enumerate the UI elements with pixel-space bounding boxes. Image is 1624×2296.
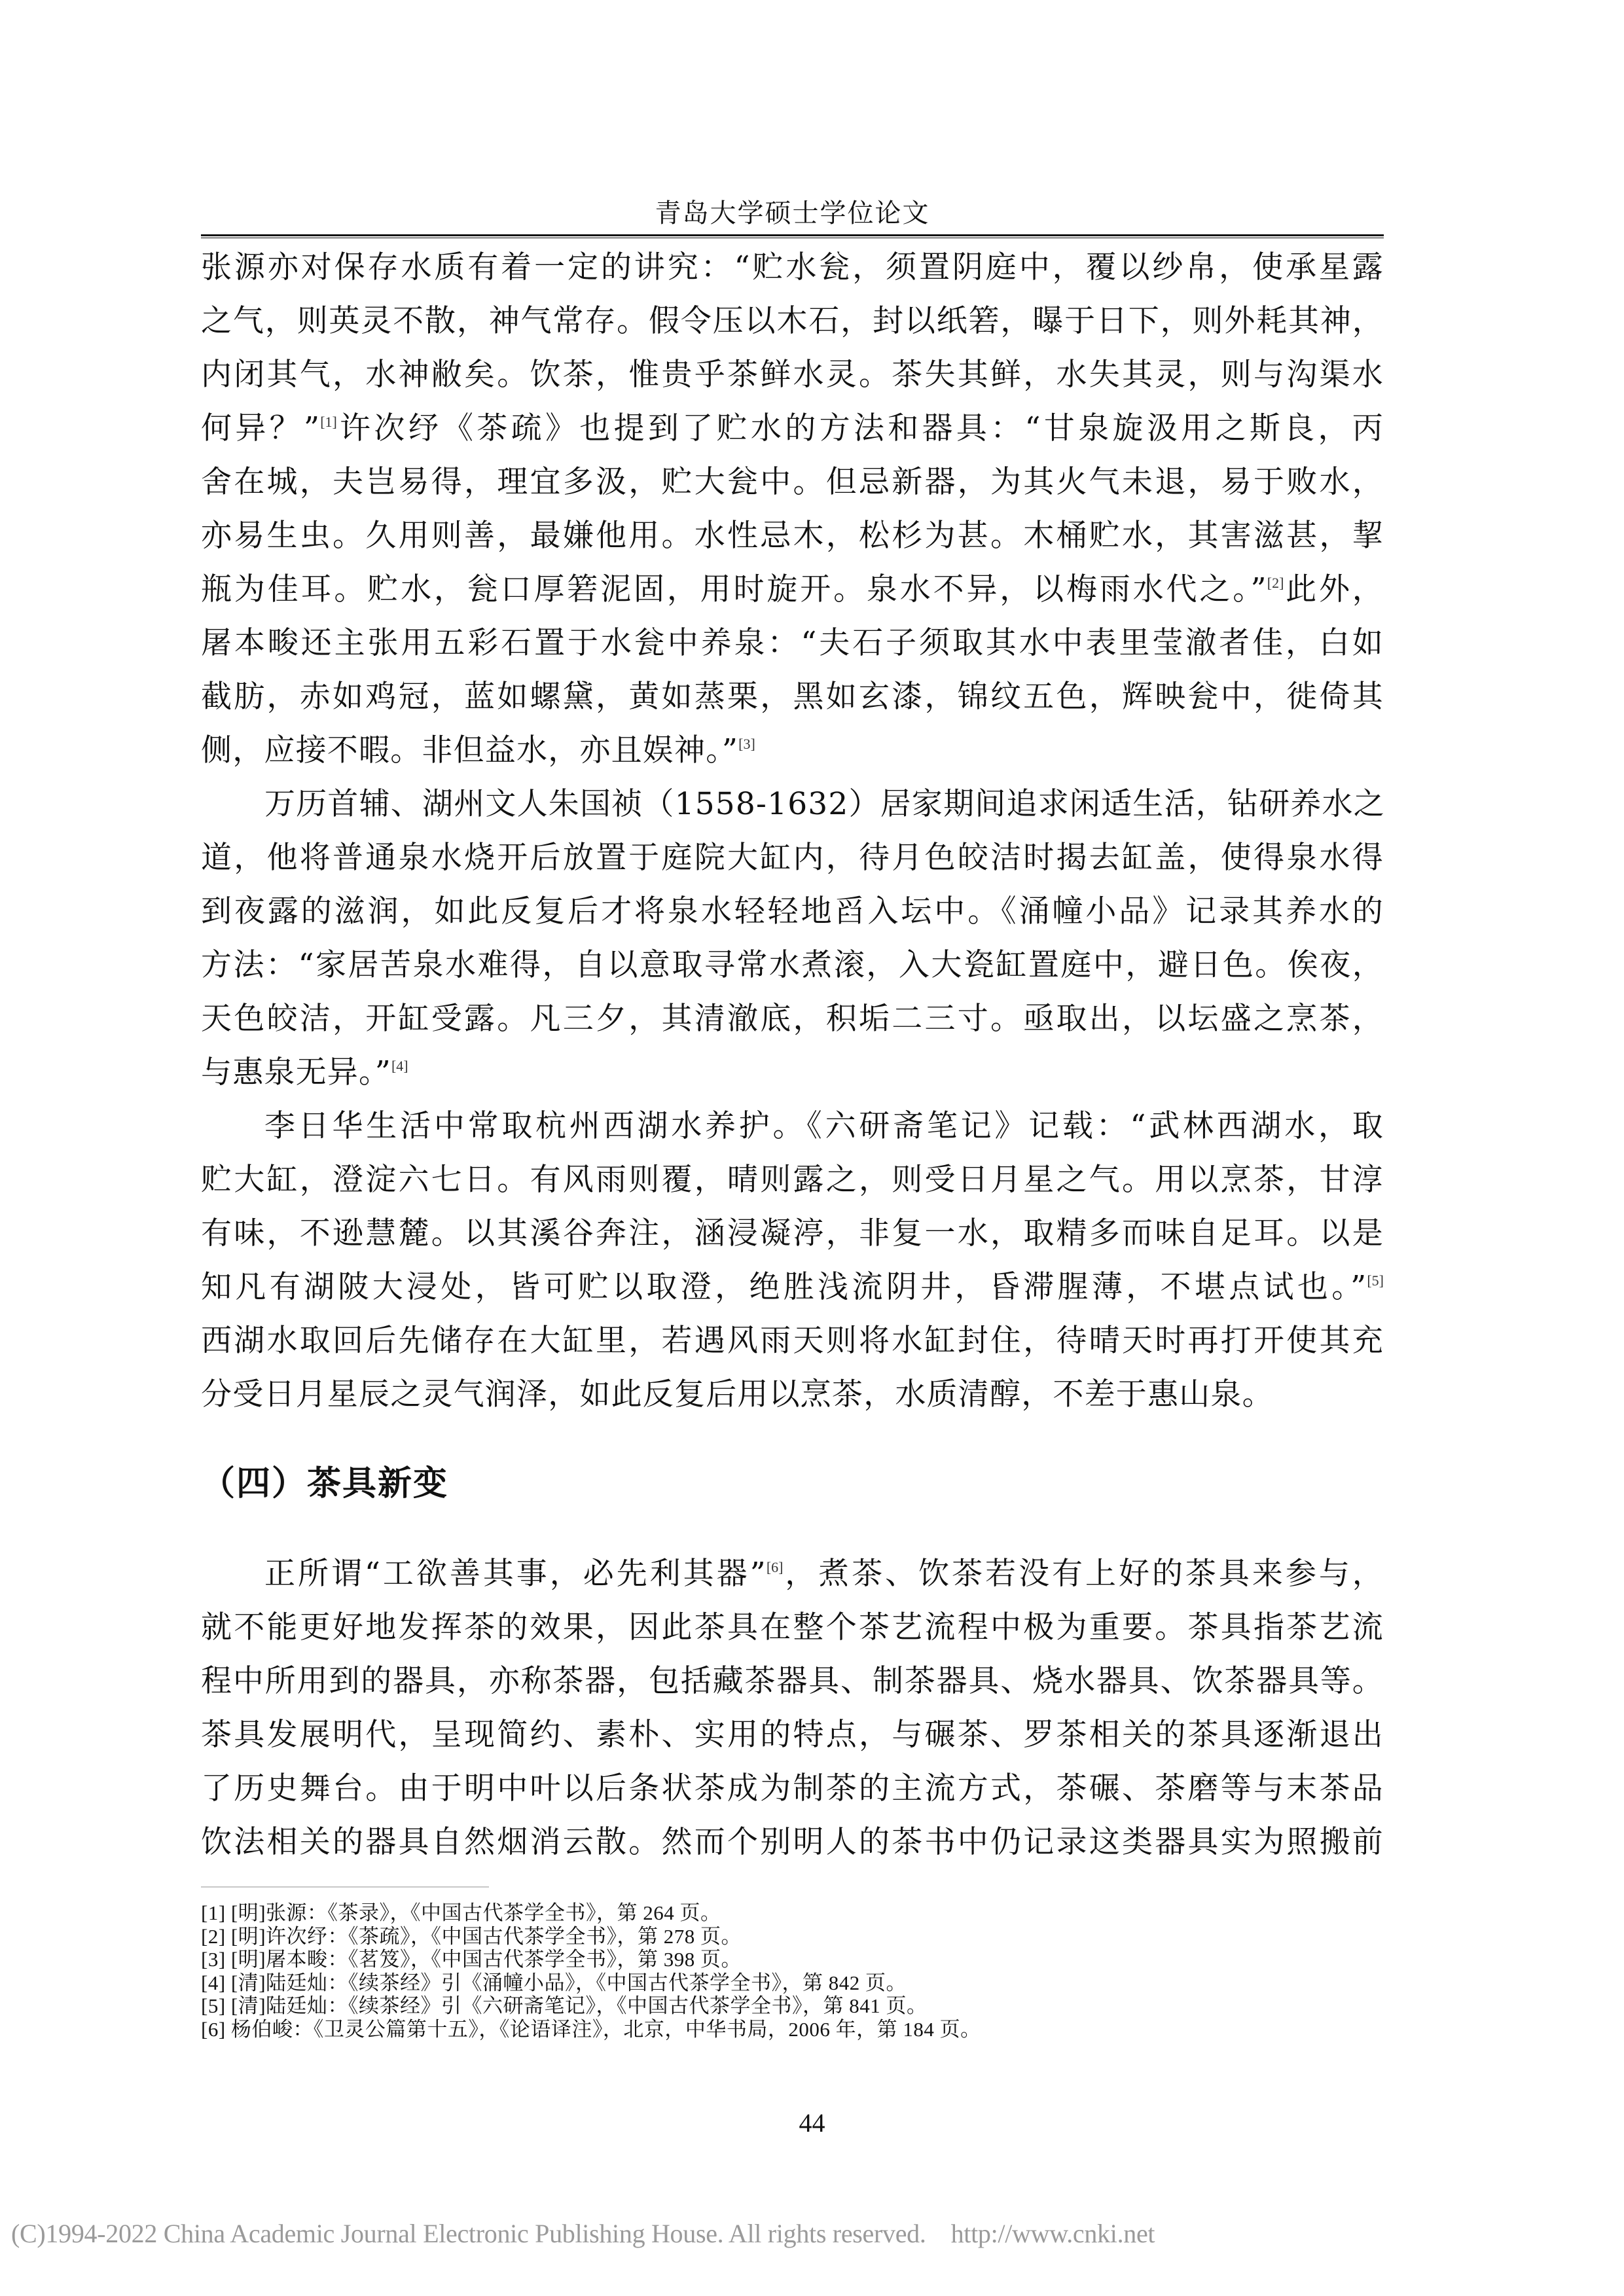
footnote-text: [明]许次纾：《茶疏》，《中国古代茶学全书》，第 278 页。 (231, 1925, 742, 1948)
footnote-label: [1] (201, 1901, 226, 1924)
footnote-label: [6] (201, 2018, 226, 2041)
footnote-text: [清]陆廷灿：《续茶经》引《六研斋笔记》，《中国古代茶学全书》，第 841 页。 (231, 1994, 928, 2017)
copyright-url[interactable]: http://www.cnki.net (951, 2219, 1155, 2248)
text-line: 天色皎洁，开缸受露。凡三夕，其清澈底，积垢二三寸。亟取出，以坛盛之烹茶， (201, 992, 1384, 1046)
text-line: 之气，则英灵不散，神气常存。假令压以木石，封以纸箬，曝于日下，则外耗其神， (201, 295, 1384, 348)
text-line: 何异？”[1]许次纾《茶疏》也提到了贮水的方法和器具：“甘泉旋汲用之斯良，丙 (201, 402, 1384, 456)
paragraph: 李日华生活中常取杭州西湖水养护。《六研斋笔记》记载：“武林西湖水，取贮大缸，澄淀… (201, 1100, 1384, 1422)
text-segment: 正所谓“工欲善其事，必先利其器” (264, 1556, 767, 1592)
text-line: 侧，应接不暇。非但益水，亦且娱神。”[3] (201, 724, 1384, 778)
footnote-text: [清]陆廷灿：《续茶经》引《涌幢小品》，《中国古代茶学全书》，第 842 页。 (231, 1971, 907, 1994)
footnotes: [1] [明]张源：《茶录》，《中国古代茶学全书》，第 264 页。[2] [明… (201, 1901, 1384, 2041)
text-line: 李日华生活中常取杭州西湖水养护。《六研斋笔记》记载：“武林西湖水，取 (201, 1100, 1384, 1153)
text-line: 亦易生虫。久用则善，最嫌他用。水性忌木，松杉为甚。木桶贮水，其害滋甚，挈 (201, 509, 1384, 563)
text-line: 万历首辅、湖州文人朱国祯（1558-1632）居家期间追求闲适生活，钻研养水之 (201, 778, 1384, 831)
text-line: 就不能更好地发挥茶的效果，因此茶具在整个茶艺流程中极为重要。茶具指茶艺流 (201, 1601, 1384, 1655)
running-header: 青岛大学硕士学位论文 (201, 196, 1384, 230)
text-segment: 此外， (1284, 571, 1384, 607)
footnote-reference[interactable]: [5] (1367, 1272, 1384, 1289)
text-line: 瓶为佳耳。贮水，瓮口厚箬泥固，用时旋开。泉水不异，以梅雨水代之。”[2]此外， (201, 563, 1384, 617)
footnote-reference[interactable]: [4] (391, 1058, 408, 1074)
body-text-bottom: 正所谓“工欲善其事，必先利其器”[6]，煮茶、饮茶若没有上好的茶具来参与，就不能… (201, 1547, 1384, 1869)
footnote-reference[interactable]: [1] (320, 414, 337, 430)
footnote-text: [明]张源：《茶录》，《中国古代茶学全书》，第 264 页。 (231, 1901, 721, 1924)
text-segment: 与惠泉无异。” (201, 1054, 391, 1090)
text-line: 饮法相关的器具自然烟消云散。然而个别明人的茶书中仍记录这类器具实为照搬前 (201, 1816, 1384, 1869)
text-line: 内闭其气，水神敝矣。饮茶，惟贵乎茶鲜水灵。茶失其鲜，水失其灵，则与沟渠水 (201, 348, 1384, 402)
text-line: 分受日月星辰之灵气润泽，如此反复后用以烹茶，水质清醇，不差于惠山泉。 (201, 1368, 1384, 1422)
footnote-reference[interactable]: [3] (738, 736, 755, 752)
footnote-text: [明]屠本畯：《茗笈》，《中国古代茶学全书》，第 398 页。 (231, 1948, 742, 1971)
text-line: 茶具发展明代，呈现简约、素朴、实用的特点，与碾茶、罗茶相关的茶具逐渐退出 (201, 1708, 1384, 1762)
text-line: 知凡有湖陂大浸处，皆可贮以取澄，绝胜浅流阴井，昏滞腥薄，不堪点试也。”[5] (201, 1261, 1384, 1314)
paragraph: 张源亦对保存水质有着一定的讲究：“贮水瓮，须置阴庭中，覆以纱帛，使承星露之气，则… (201, 241, 1384, 778)
text-line: 有味，不逊慧麓。以其溪谷奔注，涵浸凝渟，非复一水，取精多而味自足耳。以是 (201, 1207, 1384, 1261)
footnote-label: [3] (201, 1948, 226, 1971)
header-rule (201, 234, 1384, 236)
text-segment: 何异？” (201, 410, 320, 446)
footnote-text: 杨伯峻：《卫灵公篇第十五》，《论语译注》，北京，中华书局，2006 年，第 18… (231, 2018, 981, 2041)
footnote-item: [2] [明]许次纾：《茶疏》，《中国古代茶学全书》，第 278 页。 (201, 1925, 1384, 1948)
copyright-text: (C)1994-2022 China Academic Journal Elec… (11, 2219, 926, 2248)
footnote-item: [1] [明]张源：《茶录》，《中国古代茶学全书》，第 264 页。 (201, 1901, 1384, 1925)
text-line: 截肪，赤如鸡冠，蓝如螺黛，黄如蒸栗，黑如玄漆，锦纹五色，辉映瓮中，徙倚其 (201, 670, 1384, 724)
text-segment: 知凡有湖陂大浸处，皆可贮以取澄，绝胜浅流阴井，昏滞腥薄，不堪点试也。” (201, 1269, 1367, 1305)
footnote-separator (201, 1886, 489, 1888)
paragraph: 正所谓“工欲善其事，必先利其器”[6]，煮茶、饮茶若没有上好的茶具来参与，就不能… (201, 1547, 1384, 1869)
text-line: 与惠泉无异。”[4] (201, 1046, 1384, 1100)
text-line: 到夜露的滋润，如此反复后才将泉水轻轻地舀入坛中。《涌幢小品》记录其养水的 (201, 885, 1384, 939)
footnote-item: [6] 杨伯峻：《卫灵公篇第十五》，《论语译注》，北京，中华书局，2006 年，… (201, 2018, 1384, 2041)
section-heading: （四）茶具新变 (201, 1454, 448, 1513)
header-rule-thin (201, 238, 1384, 238)
text-segment: ，煮茶、饮茶若没有上好的茶具来参与， (784, 1556, 1384, 1592)
text-line: 正所谓“工欲善其事，必先利其器”[6]，煮茶、饮茶若没有上好的茶具来参与， (201, 1547, 1384, 1601)
footnote-label: [4] (201, 1971, 226, 1994)
copyright-notice: (C)1994-2022 China Academic Journal Elec… (11, 2219, 1155, 2249)
text-line: 了历史舞台。由于明中叶以后条状茶成为制茶的主流方式，茶碾、茶磨等与末茶品 (201, 1762, 1384, 1816)
text-line: 道，他将普通泉水烧开后放置于庭院大缸内，待月色皎洁时揭去缸盖，使得泉水得 (201, 831, 1384, 885)
footnote-reference[interactable]: [2] (1267, 575, 1284, 591)
body-text-top: 张源亦对保存水质有着一定的讲究：“贮水瓮，须置阴庭中，覆以纱帛，使承星露之气，则… (201, 241, 1384, 1422)
text-line: 西湖水取回后先储存在大缸里，若遇风雨天则将水缸封住，待晴天时再打开使其充 (201, 1314, 1384, 1368)
footnote-item: [4] [清]陆廷灿：《续茶经》引《涌幢小品》，《中国古代茶学全书》，第 842… (201, 1971, 1384, 1995)
footnote-reference[interactable]: [6] (767, 1559, 784, 1575)
text-segment: 瓶为佳耳。贮水，瓮口厚箬泥固，用时旋开。泉水不异，以梅雨水代之。” (201, 571, 1267, 607)
text-line: 程中所用到的器具，亦称茶器，包括藏茶器具、制茶器具、烧水器具、饮茶器具等。 (201, 1655, 1384, 1708)
footnote-item: [5] [清]陆廷灿：《续茶经》引《六研斋笔记》，《中国古代茶学全书》，第 84… (201, 1994, 1384, 2018)
footnote-item: [3] [明]屠本畯：《茗笈》，《中国古代茶学全书》，第 398 页。 (201, 1948, 1384, 1971)
page-number: 44 (0, 2109, 1624, 2138)
text-line: 贮大缸，澄淀六七日。有风雨则覆，晴则露之，则受日月星之气。用以烹茶，甘淳 (201, 1153, 1384, 1207)
paragraph: 万历首辅、湖州文人朱国祯（1558-1632）居家期间追求闲适生活，钻研养水之道… (201, 778, 1384, 1100)
text-line: 方法：“家居苦泉水难得，自以意取寻常水煮滚，入大瓷缸置庭中，避日色。俟夜， (201, 939, 1384, 992)
text-line: 舍在城，夫岂易得，理宜多汲，贮大瓮中。但忌新器，为其火气未退，易于败水， (201, 456, 1384, 509)
text-segment: 侧，应接不暇。非但益水，亦且娱神。” (201, 732, 738, 768)
text-line: 屠本畯还主张用五彩石置于水瓮中养泉：“夫石子须取其水中表里莹澈者佳，白如 (201, 617, 1384, 670)
text-segment: 许次纾《茶疏》也提到了贮水的方法和器具：“甘泉旋汲用之斯良，丙 (337, 410, 1384, 446)
text-line: 张源亦对保存水质有着一定的讲究：“贮水瓮，须置阴庭中，覆以纱帛，使承星露 (201, 241, 1384, 295)
footnote-label: [2] (201, 1925, 226, 1948)
footnote-label: [5] (201, 1994, 226, 2017)
